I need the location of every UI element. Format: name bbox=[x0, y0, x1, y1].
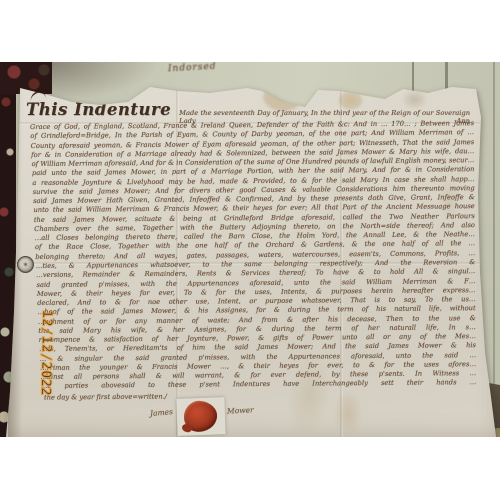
document-title: This Indenture bbox=[26, 100, 171, 119]
photo-canvas: Indorsed This Indenture bbox=[0, 0, 500, 500]
closing-line: the day & year first above=written./ bbox=[44, 392, 167, 401]
camera-datestamp: 12/12/2022 bbox=[37, 310, 55, 396]
stain bbox=[334, 390, 362, 436]
parchment-sheet: This Indenture Made the seventeenth Day … bbox=[0, 62, 500, 437]
parchment-document: This Indenture Made the seventeenth Day … bbox=[0, 62, 500, 437]
photograph-of-indenture: Indorsed This Indenture bbox=[0, 62, 500, 437]
signature-first-name: James bbox=[150, 407, 174, 418]
document-lines: Grace of God, of England, Scotland, Fran… bbox=[30, 119, 476, 392]
signature-last-name: Mower bbox=[227, 405, 254, 415]
embossed-duty-stamp-icon: ✶ bbox=[17, 256, 34, 273]
